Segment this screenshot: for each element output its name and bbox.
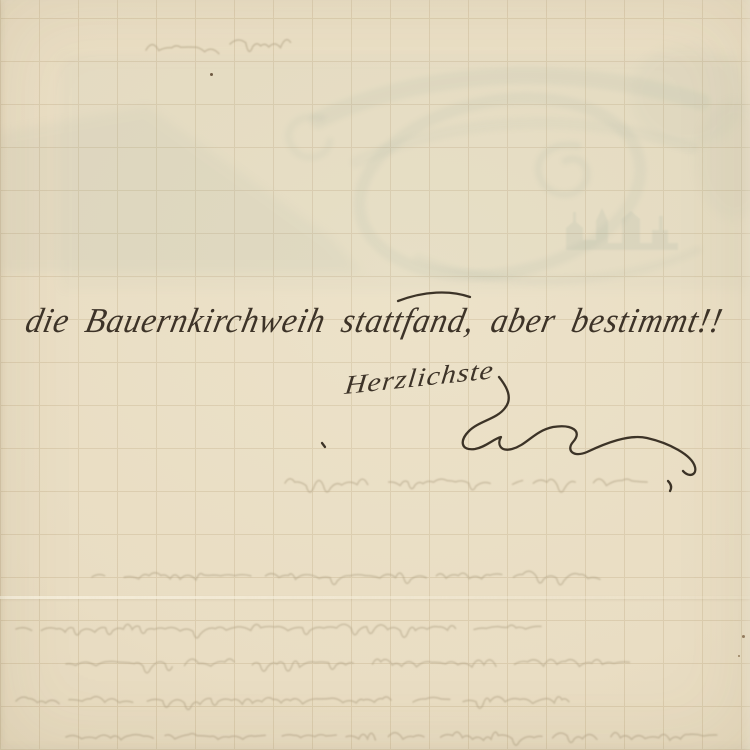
letter-page: die Bauernkirchweih stattfand, aber best… [0, 0, 750, 750]
scan-vignette [0, 0, 750, 750]
